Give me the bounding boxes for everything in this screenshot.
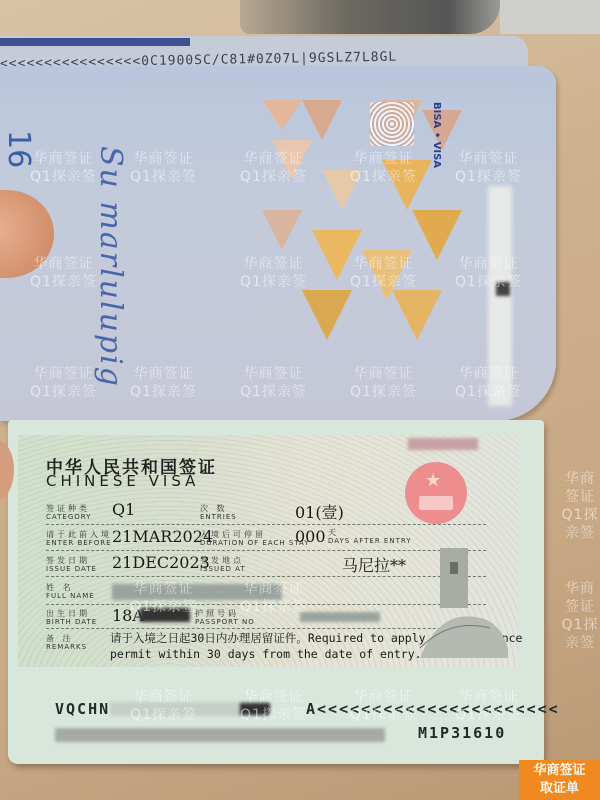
watermark: 华商签证Q1探亲签 [560,470,600,542]
visa-mrz-line1-end: A<<<<<<<<<<<<<<<<<<<<<< [306,700,560,718]
great-wall-icon [420,548,508,658]
issued-at-label: 签发地点ISSUED AT [200,556,246,574]
page-number: 16 [1,130,36,168]
security-label: BISA • VISA [422,102,442,182]
duration-value: 000 [295,527,326,546]
redacted-area [496,282,510,296]
enter-before-value: 21MAR2024 [112,527,213,546]
passport-upper-page: BISA • VISA 16 Su marlulupig [0,66,556,421]
issue-date-label: 签发日期ISSUE DATE [46,556,97,574]
birth-date-redacted [140,608,190,622]
category-label: 签证种类CATEGORY [46,504,91,522]
background-object [500,0,600,34]
signature: Su marlulupig [93,146,128,388]
mrz-redacted [55,728,385,742]
visa-title-en: CHINESE VISA [46,472,199,490]
visa-mrz-line1-start: VQCHN [55,700,110,718]
category-value: Q1 [112,500,135,519]
issued-at-value: 马尼拉** [342,553,406,576]
visa-mrz-line2-end: M1P31610 [418,724,506,742]
hologram-icon [370,102,414,146]
mrz-redacted [240,703,270,715]
full-name-redacted [112,584,282,600]
redacted-area [408,438,478,450]
entries-label: 次 数ENTRIES [200,504,237,522]
passport-cover-edge [0,38,190,46]
background-object [240,0,500,34]
duration-unit: 天DAYS AFTER ENTRY [328,528,412,546]
duration-label: 入境后可停留DURATION OF EACH STAY [200,530,310,548]
enter-before-label: 请于此前入境ENTER BEFORE [46,530,112,548]
brand-badge: 华商签证 取证单 [519,760,600,800]
full-name-label: 姓 名FULL NAME [46,583,95,601]
national-emblem-icon: ★ [405,462,467,524]
passport-no-label: 护照号码PASSPORT NO [195,609,255,627]
watermark: 华商签证Q1探亲签 [560,580,600,652]
birth-date-label: 出生日期BIRTH DATE [46,609,97,627]
divider [46,524,486,525]
passport-no-redacted [300,612,380,622]
remarks-label: 备 注REMARKS [46,634,87,652]
entries-value: 01(壹) [295,500,344,523]
issue-date-value: 21DEC2023 [112,553,210,572]
redacted-area [488,186,512,406]
